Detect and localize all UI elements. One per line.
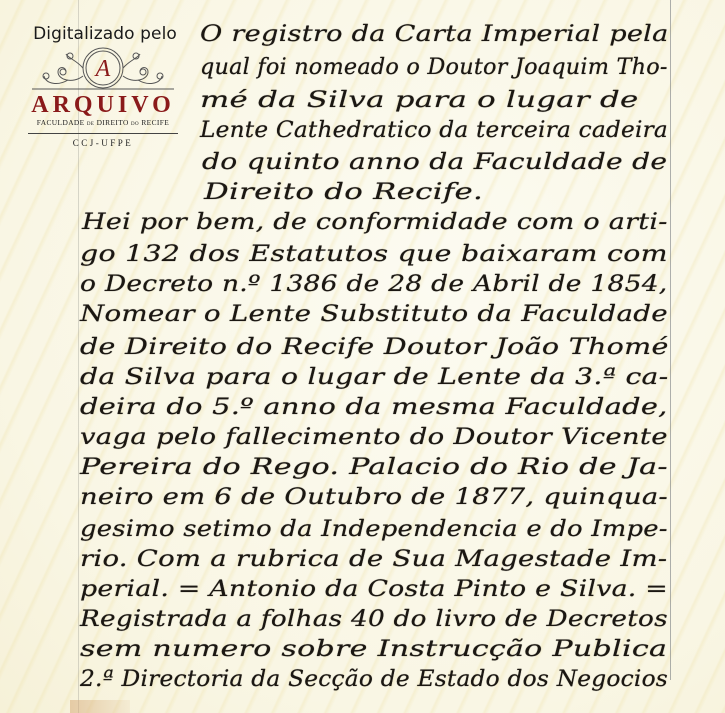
manuscript-line: O registro da Carta Imperial pela [200, 20, 669, 50]
manuscript-line: neiro em 6 de Outubro de 1877, quinqua- [80, 483, 668, 513]
manuscript-line: go 132 dos Estatutos que baixaram com [80, 240, 668, 270]
logo-title: ARQUIVO [22, 92, 184, 118]
manuscript-line: sem numero sobre Instrucção Publica [80, 635, 667, 665]
manuscript-line: Lente Cathedratico da terceira cadeira [200, 116, 668, 146]
logo-monogram: A [94, 56, 111, 82]
logo-divider [28, 133, 178, 134]
logo-footer: CCJ-UFPE [22, 138, 184, 148]
manuscript-line: vaga pelo fallecimento do Doutor Vicente [80, 423, 668, 453]
manuscript-line: mé da Silva para o lugar de [200, 86, 639, 116]
manuscript-line: deira do 5.º anno da mesma Faculdade, [80, 393, 668, 423]
manuscript-line: o Decreto n.º 1386 de 28 de Abril de 185… [80, 270, 667, 300]
manuscript-line: Hei por bem, de conformidade com o arti- [82, 208, 668, 238]
scroll-ornament-icon: A [28, 46, 178, 90]
manuscript-line: rio. Com a rubrica de Sua Magestade Im- [80, 545, 667, 575]
arquivo-logo: Digitalizado pelo A ARQUIVO [22, 24, 184, 152]
manuscript-line: de Direito do Recife Doutor João Thomé [80, 333, 669, 363]
manuscript-line: do quinto anno da Faculdade de [202, 148, 667, 178]
manuscript-line: Registrada a folhas 40 do livro de Decre… [80, 605, 668, 635]
logo-subtitle: FACULDADE DE DIREITO DO RECIFE [22, 118, 184, 130]
manuscript-line: 2.ª Directoria da Secção de Estado dos N… [80, 665, 668, 695]
logo-caption: Digitalizado pelo [26, 24, 184, 44]
scanned-page: Digitalizado pelo A ARQUIVO [0, 0, 725, 713]
paper-stain [70, 700, 130, 713]
manuscript-line: perial. = Antonio da Costa Pinto e Silva… [80, 575, 668, 605]
manuscript-line: gesimo setimo da Independencia e do Impe… [80, 515, 668, 545]
manuscript-line: qual foi nomeado o Doutor Joaquim Tho- [200, 53, 668, 83]
right-margin-line [670, 0, 671, 680]
manuscript-line: Nomear o Lente Substituto da Faculdade [80, 300, 668, 330]
manuscript-line: Direito do Recife. [204, 178, 483, 208]
manuscript-line: da Silva para o lugar de Lente da 3.ª ca… [80, 363, 668, 393]
manuscript-line: Pereira do Rego. Palacio do Rio de Ja- [80, 453, 668, 483]
